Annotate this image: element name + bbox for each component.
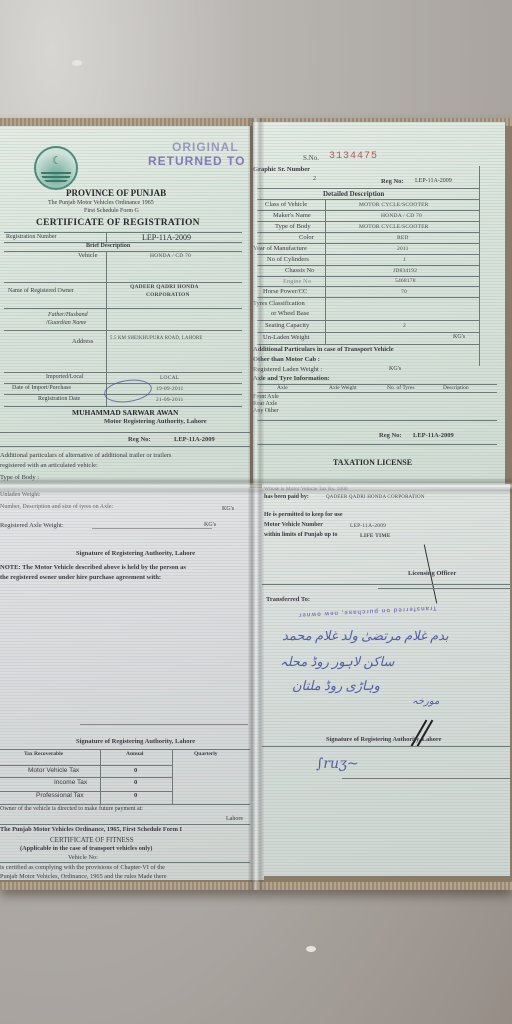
urdu-line: ساکن لاہور روڈ محلہ (280, 654, 394, 670)
owner-label: Name of Registered Owner (8, 288, 74, 294)
fitness-subtitle: (Applicable in the case of transport veh… (20, 845, 152, 852)
hire-purchase-note-2: the registered owner under hire purchase… (0, 574, 161, 581)
axle-weight-header: Axle Weight (329, 385, 357, 391)
axle-weight-label: Registered Axle Weight: (0, 522, 64, 529)
page-certificate-of-registration: ☾ ORIGINAL RETURNED TO OWNER PROVINCE OF… (0, 126, 250, 488)
annual-header: Annual (126, 751, 143, 757)
tax-recoverable-header: Tax Recoverable (24, 751, 63, 757)
ordinance-text: The Punjab Motor Vehicles Ordinance 1965 (48, 200, 154, 206)
income-tax-label: Income Tax (54, 779, 87, 786)
serial-label: S.No. (303, 154, 319, 162)
signature-authority-label-2: Signature of Registering Authority, Laho… (76, 738, 195, 745)
transport-heading: Additional Particulars in case of Transp… (253, 346, 394, 353)
permitted-line-3-value: LIFE TIME (360, 533, 391, 539)
future-payment-place: Lahore (226, 816, 243, 822)
kg-unit: KG's (222, 506, 234, 512)
brief-description-heading: Brief Description (86, 243, 130, 249)
reg-number-label: Registration Number (6, 234, 57, 240)
detailed-description-heading: Detailed Description (323, 190, 384, 198)
urdu-line: مورخہ (412, 696, 439, 707)
page-taxation-license: Whose is Motor Vehicle Tax Rs. 1000 has … (262, 484, 510, 876)
number-tyres-label: Number, Description and size of tyres on… (0, 504, 113, 510)
class-of-vehicle-value: MOTOR CYCLE/SCOOTER (359, 202, 429, 208)
no-tyres-header: No. of Tyres (387, 385, 414, 391)
seating-capacity-value: 2 (403, 323, 406, 329)
permitted-line-1: He is permitted to keep for use (264, 512, 343, 518)
description-header: Description (443, 385, 469, 391)
page-detailed-description: S.No. 3134475 Graphic Sr. Number 2 Reg N… (253, 122, 505, 484)
licensing-officer-label: Licensing Officer (408, 570, 456, 577)
income-tax-annual: 0 (134, 779, 137, 786)
permitted-line-2-label: Motor Vehicle Number (264, 522, 323, 528)
province-title: PROVINCE OF PUNJAB (66, 188, 166, 198)
father-label-2: /Guardian Name (46, 320, 86, 326)
quarterly-header: Quarterly (194, 751, 218, 757)
cylinders-label: No of Cylinders (267, 256, 309, 263)
father-label-1: Father/Husband (48, 312, 88, 318)
dd-reg-no-value-2: LEP-11A-2009 (413, 432, 454, 439)
dd-reg-no-value: LEP-11A-2009 (415, 178, 452, 184)
kg-unit-2: KG's (204, 522, 216, 528)
unladen-weight-label: Un-Laden Weight (263, 334, 309, 341)
laden-weight-unit: KG's (389, 366, 401, 372)
horse-power-value: 70 (401, 289, 407, 295)
urdu-line: بدم غلام مرتضیٰ ولد غلام محمد (282, 628, 449, 644)
cylinders-value: 1 (403, 257, 406, 263)
paid-by-value: QADEER QADRI HONDA CORPORATION (326, 495, 425, 500)
articulated-text: registered with an articulated vehicle: (0, 462, 98, 469)
transferred-to-label: Transferred To: (266, 596, 310, 603)
permitted-line-3-label: within limits of Punjab up to (264, 532, 338, 538)
permitted-line-2-value: LEP-11A-2009 (350, 523, 386, 529)
wheel-base-label: or Wheel Base (271, 310, 309, 317)
vehicle-label: Vehicle (78, 252, 98, 259)
reg-number-value: LEP-11A-2009 (142, 233, 191, 242)
signature-scribble (103, 377, 154, 405)
date-import-label: Date of Import/Purchase (12, 385, 71, 391)
vertical-fold (248, 118, 264, 890)
vehicle-no-label: Vehicle No: (68, 854, 98, 861)
registration-date-value: 21-09-2011 (156, 397, 183, 403)
vehicle-value: HONDA / CD 70 (150, 253, 191, 259)
address-label: Address (72, 338, 93, 345)
blue-signature-icon: ∫ruʒ~ (316, 756, 359, 772)
serial-number: 3134475 (329, 151, 378, 162)
imported-local-label: Imported/Local (46, 374, 83, 380)
stamp-returned: RETURNED TO OWNER (148, 154, 250, 168)
year-manufacture-value: 2011 (397, 246, 409, 252)
reg-no-value: LEP-11A-2009 (174, 436, 215, 443)
chassis-label: Chassis No (285, 267, 314, 274)
paid-by-label: has been paid by: (264, 494, 309, 500)
registration-booklet: ☾ ORIGINAL RETURNED TO OWNER PROVINCE OF… (0, 118, 512, 890)
chassis-value: JD834192 (393, 268, 417, 274)
graphic-sr-value: 2 (313, 176, 316, 182)
authority-name: MUHAMMAD SARWAR AWAN (72, 408, 178, 417)
form-text: First Schedule Form G (84, 208, 139, 214)
fitness-title: CERTIFICATE OF FITNESS (50, 836, 134, 844)
motor-vehicle-tax-annual: 0 (134, 767, 137, 774)
seating-capacity-label: Seating Capacity (265, 322, 309, 329)
dd-reg-no-label-2: Reg No: (379, 432, 402, 439)
motor-vehicle-tax-label: Motor Vehicle Tax (28, 767, 79, 774)
makers-name-value: HONDA / CD 70 (381, 213, 422, 219)
hire-purchase-note: NOTE: The Motor Vehicle described above … (0, 564, 186, 571)
floor-speck (72, 60, 82, 66)
urdu-line: وہاڑی روڈ ملتان (292, 678, 380, 694)
color-value: RED (397, 235, 409, 241)
professional-tax-annual: 0 (134, 792, 137, 799)
stamp-original: ORIGINAL (172, 140, 239, 154)
makers-name-label: Maker's Name (273, 212, 311, 219)
certificate-title: CERTIFICATE OF REGISTRATION (36, 218, 200, 228)
fitness-ordinance: The Punjab Motor Vehicles Ordinance, 196… (0, 826, 182, 833)
axle-tyre-heading: Axle and Tyre Information: (253, 375, 330, 382)
engine-label: Engine No (283, 278, 311, 285)
fitness-text-1: is certified as complying with the provi… (0, 864, 165, 871)
horizontal-fold (0, 478, 512, 494)
punjab-emblem-icon: ☾ (34, 146, 78, 190)
professional-tax-label: Professional Tax (36, 792, 84, 799)
authority-title: Motor Registering Authority, Lahore (104, 418, 207, 425)
reg-no-label: Reg No: (128, 436, 151, 443)
type-of-body-label: Type of Body (275, 223, 311, 230)
floor-speck (306, 946, 316, 952)
page-tax-and-fitness: Unladen Weight: Number, Description and … (0, 488, 264, 880)
engine-value: 5468178 (395, 278, 416, 284)
registering-authority-signature-label: Signature of Registering Authority, Laho… (326, 736, 441, 743)
signature-authority-label: Signature of Registering Authority, Laho… (76, 550, 195, 557)
dd-reg-no-label: Reg No: (381, 178, 404, 185)
horse-power-label: Horse Power/CC (263, 288, 307, 295)
imported-local-value: LOCAL (160, 375, 179, 381)
purple-transfer-stamp: Transferred on purchase, new owner (298, 604, 437, 617)
taxation-license-title: TAXATION LICENSE (333, 458, 412, 467)
class-of-vehicle-label: Class of Vehicle (265, 201, 307, 208)
future-payment-text: Owner of the vehicle is directed to make… (0, 806, 143, 812)
owner-value-line1: QADEER QADRI HONDA (130, 284, 199, 290)
fitness-text-2: Punjab Motor Vehicles, Ordinance, 1965 a… (0, 873, 167, 880)
date-import-value: 19-09-2011 (156, 386, 183, 392)
axle-header: Axle (277, 385, 288, 391)
color-label: Color (299, 234, 314, 241)
unladen-weight-unit: KG's (453, 334, 465, 340)
additional-particulars: Additional particulars of alternative of… (0, 452, 171, 459)
owner-value-line2: CORPORATION (146, 292, 190, 298)
address-value: 5.5 KM SHEIKHUPURA ROAD, LAHORE (110, 336, 203, 341)
registration-date-label: Registration Date (38, 396, 80, 402)
type-of-body-value: MOTOR CYCLE/SCOOTER (359, 224, 429, 230)
